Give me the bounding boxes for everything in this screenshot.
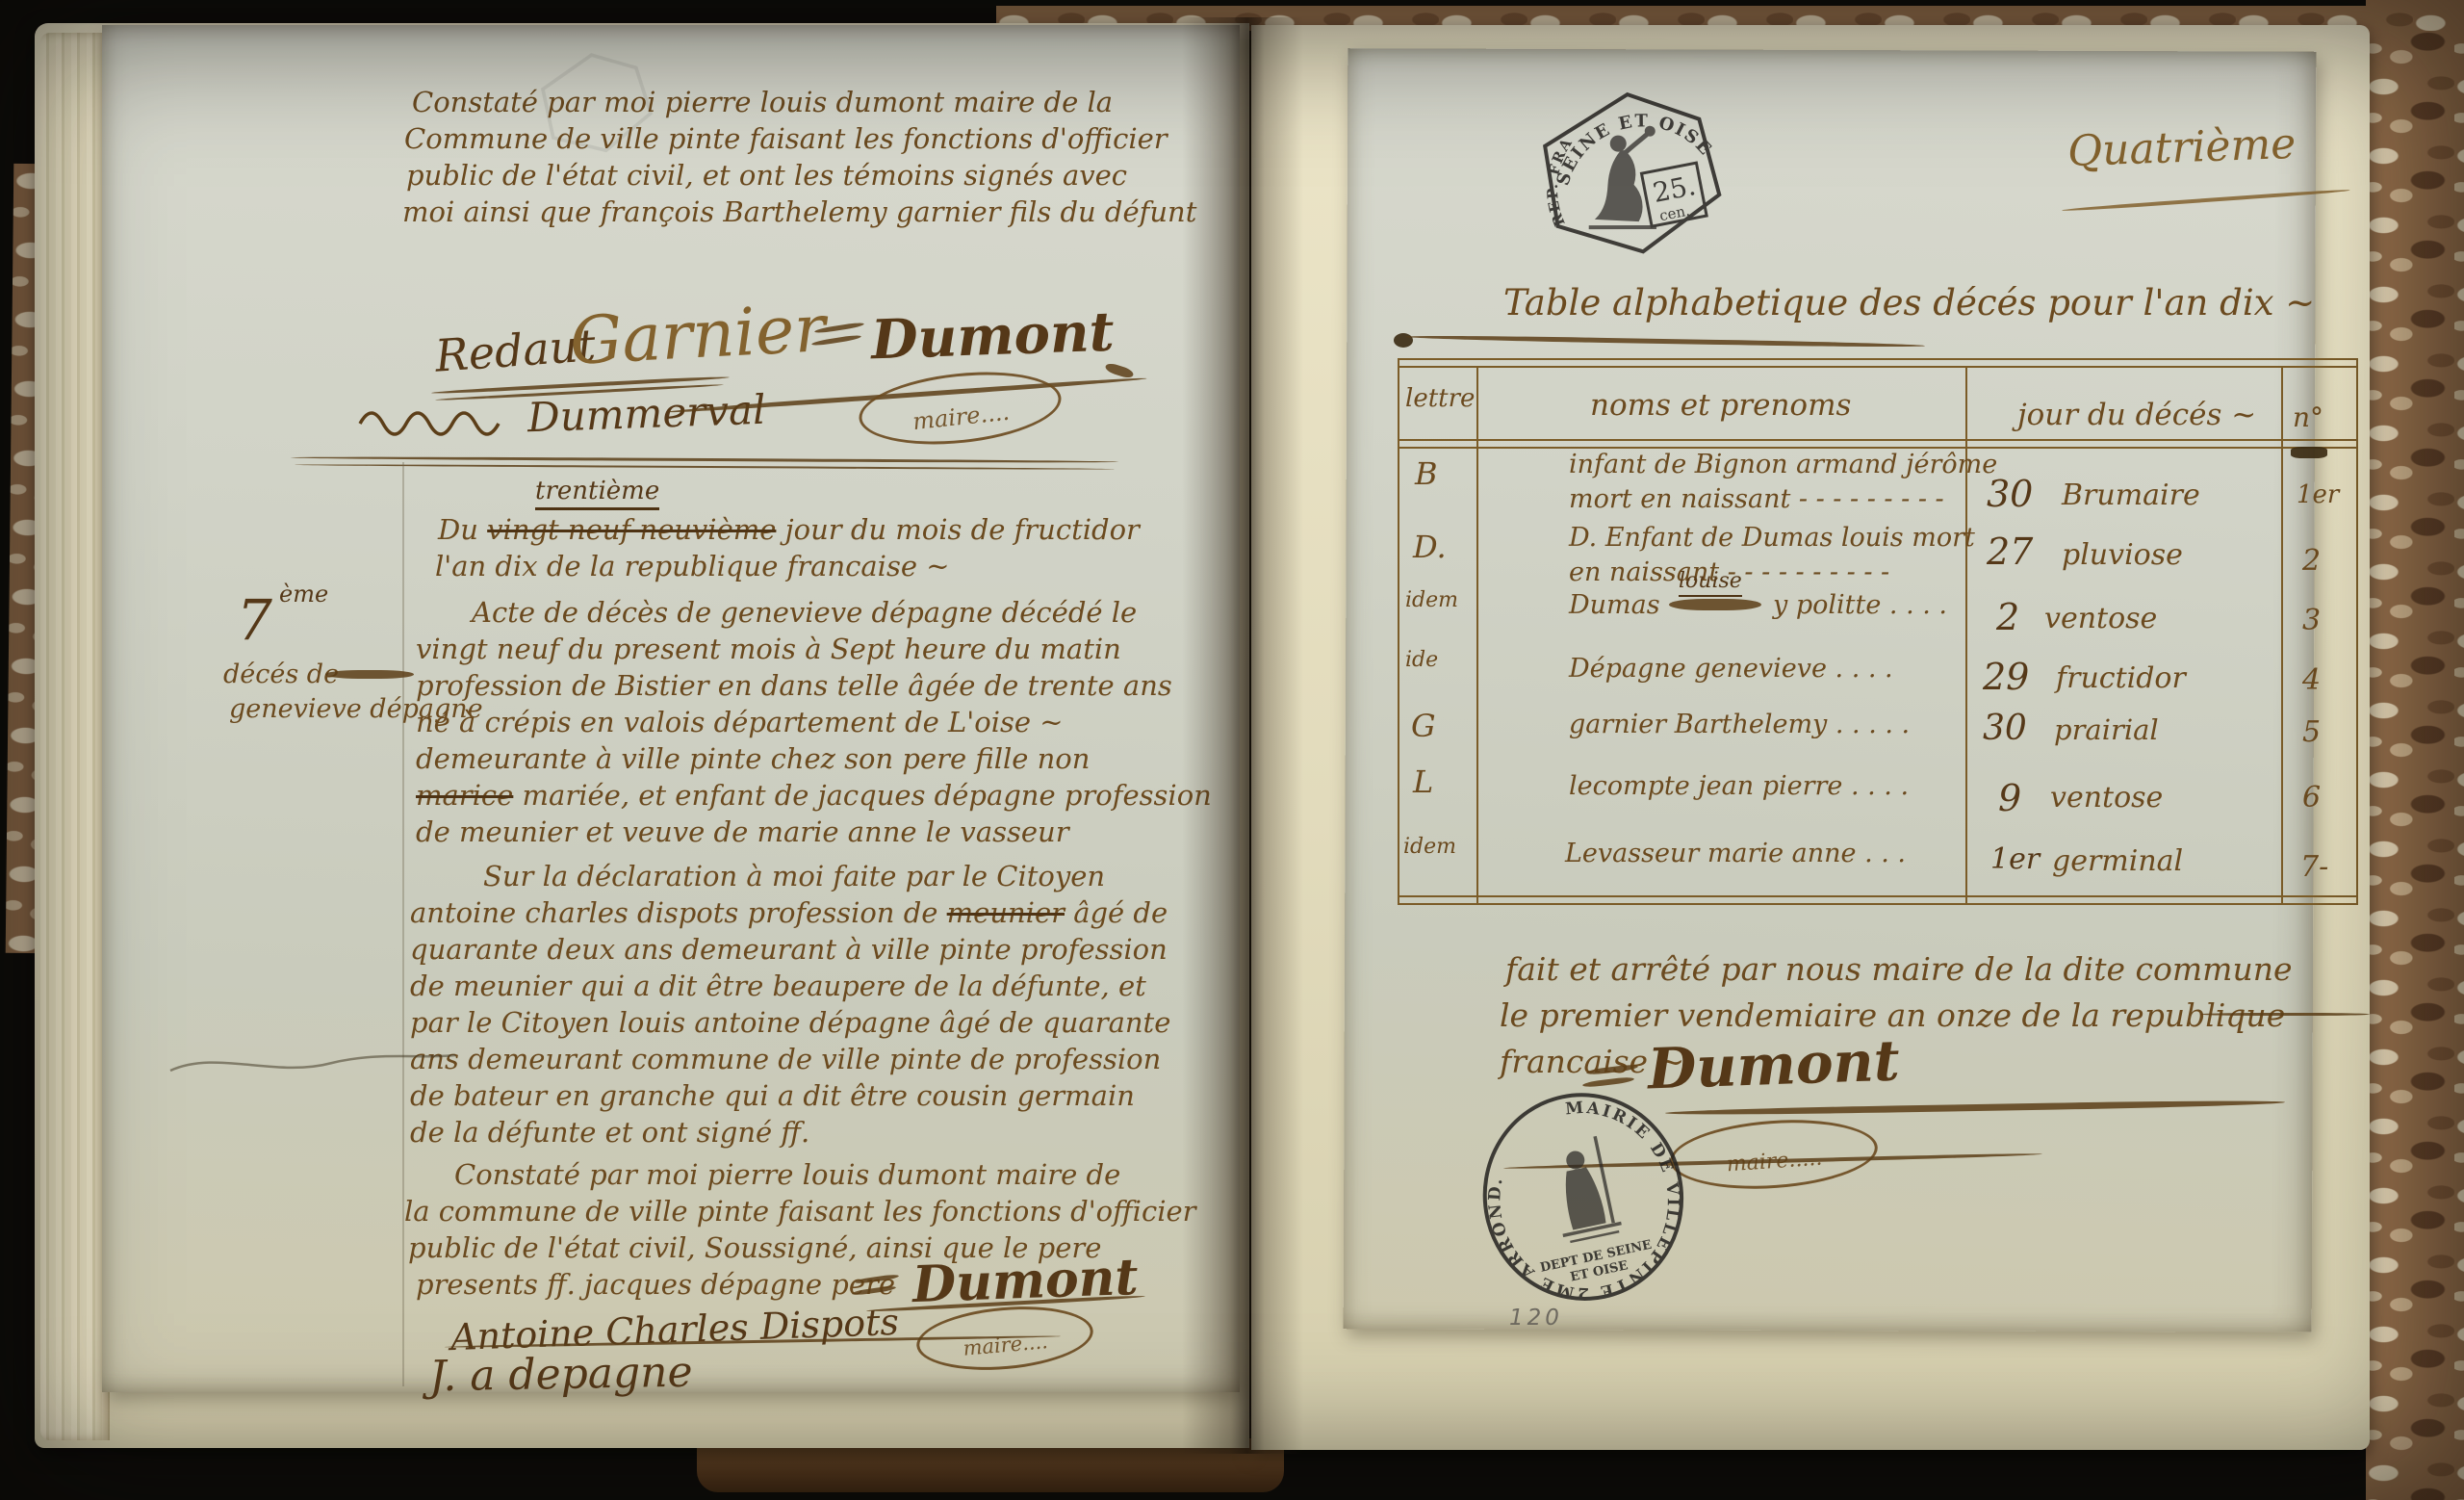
folio-flourish (2062, 189, 2350, 213)
row-day-month: pluviose (2062, 537, 2183, 574)
deaths-index-table: lettre noms et prenoms jour du décés ~ n… (1398, 358, 2358, 905)
row-num: 6 (2302, 780, 2321, 816)
folio-label: Quatrième (2066, 117, 2297, 178)
table-rule (1398, 358, 1399, 903)
row-day-number: 29 (1983, 655, 2029, 701)
filler-rule (2200, 1013, 2370, 1016)
col-header-noms: noms et prenoms (1590, 387, 1851, 425)
row-num: 5 (2302, 714, 2321, 751)
row-letter: B (1415, 454, 1438, 493)
stamp-value: 25. (1650, 169, 1698, 209)
row-day-number: 27 (1987, 530, 2033, 576)
row-letter: ide (1405, 647, 1438, 674)
row-day-month: ventose (2050, 780, 2163, 816)
table-rule (1965, 366, 1967, 903)
table-rule (1398, 366, 2358, 368)
table-rule (2281, 366, 2283, 903)
photo-of-open-register: Constaté par moi pierre louis dumont mai… (0, 0, 2464, 1500)
table-rule (1398, 903, 2358, 905)
inserted-word: louise (1679, 568, 1742, 597)
col-header-num: n° (2293, 401, 2323, 434)
table-rule (1398, 439, 2358, 441)
table-rule (1398, 358, 2358, 360)
mairie-round-stamp: MAIRIE DE VILLEPINTE 2ME ARROND. DEPT DE… (1450, 1063, 1718, 1332)
right-page-content: SEINE ET OISE. REP. FRA. 25. cen. Quatri… (0, 0, 2464, 1500)
table-rule (2356, 358, 2358, 903)
row-day-month: germinal (2052, 843, 2183, 880)
row-day-number: 30 (1987, 472, 2033, 518)
table-rule (1476, 366, 1478, 903)
row-name: y politte . . . . (1773, 589, 1947, 622)
page-number-pencil: 120 (1509, 1306, 1563, 1331)
ink-smudge (2291, 447, 2327, 458)
col-header-jour: jour du décés ~ (2017, 397, 2256, 434)
col-header-lettre: lettre (1405, 383, 1475, 415)
row-day-number: 30 (1983, 707, 2027, 750)
signature-flourish (1665, 1099, 2285, 1116)
row-name: Levasseur marie anne . . . (1565, 838, 1906, 870)
row-letter: G (1411, 707, 1436, 745)
arrete-line: fait et arrêté par nous maire de la dite… (1505, 949, 2292, 989)
row-name: D. Enfant de Dumas louis mort (1569, 522, 1975, 555)
row-day-month: ventose (2044, 601, 2157, 637)
row-name: infant de Bignon armand jérôme (1569, 449, 1997, 481)
row-letter: L (1413, 763, 1433, 801)
row-name: mort en naissant - - - - - - - - - (1569, 483, 1944, 516)
row-day-month: prairial (2054, 712, 2159, 747)
row-letter: idem (1403, 834, 1456, 861)
signature-dumont-right: Dumont (1647, 1025, 1901, 1104)
crossed-scribble (1669, 599, 1761, 610)
row-num: 1er (2297, 479, 2339, 511)
table-rule (1398, 895, 2358, 897)
standing-figure-engraving (1544, 1135, 1623, 1244)
title-flourish (1405, 334, 1925, 348)
table-title: Table alphabetique des décés pour l'an d… (1503, 281, 2315, 325)
row-day-number: 9 (1998, 776, 2021, 822)
row-num: 2 (2302, 543, 2321, 580)
maire-oval: maire..... (1668, 1114, 1880, 1196)
row-num: 4 (2302, 662, 2321, 699)
row-name: garnier Barthelemy . . . . . (1569, 709, 1910, 741)
row-day-month: Brumaire (2062, 478, 2200, 514)
row-name: Dumas (1569, 589, 1660, 622)
ink-blot (1394, 333, 1413, 348)
row-day-number: 2 (1996, 595, 2019, 641)
row-num: 3 (2302, 603, 2321, 639)
row-letter: idem (1405, 587, 1458, 614)
row-name: lecompte jean pierre . . . . (1569, 770, 1909, 803)
row-day-month: fructidor (2056, 660, 2186, 697)
row-name: Dépagne genevieve . . . . (1569, 653, 1893, 685)
revenue-stamp-hexagon: SEINE ET OISE. REP. FRA. 25. cen. (1531, 79, 1733, 268)
row-letter: D. (1413, 528, 1447, 566)
row-num: 7- (2300, 849, 2328, 886)
row-day-number: 1er (1990, 841, 2040, 878)
